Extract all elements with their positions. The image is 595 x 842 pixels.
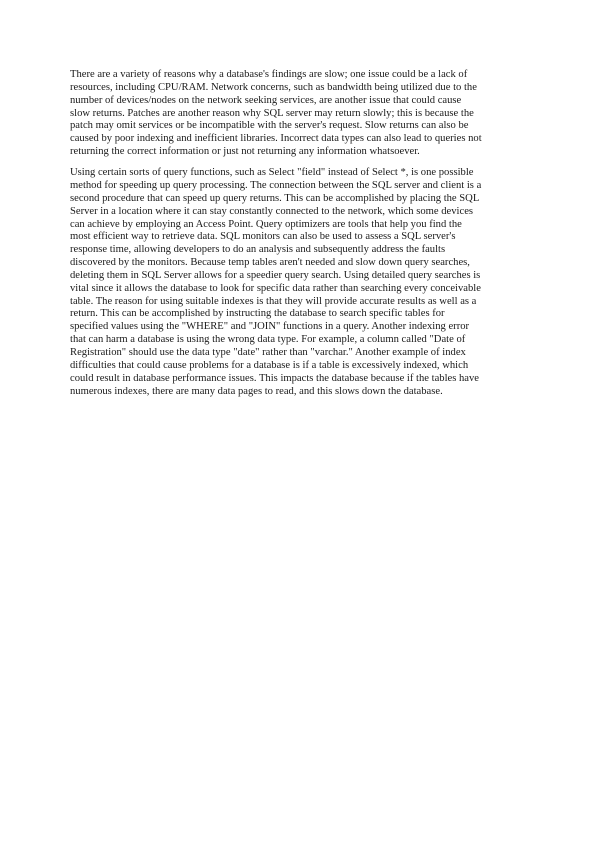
text-line: patch may omit services or be incompatib… xyxy=(70,120,540,133)
text-line: number of devices/nodes on the network s… xyxy=(70,95,540,108)
text-line: resources, including CPU/RAM. Network co… xyxy=(70,82,540,95)
text-line: that can harm a database is using the wr… xyxy=(70,334,540,347)
text-line: difficulties that could cause problems f… xyxy=(70,360,540,373)
text-line: discovered by the monitors. Because temp… xyxy=(70,257,540,270)
text-line: could result in database performance iss… xyxy=(70,373,540,386)
text-line: response time, allowing developers to do… xyxy=(70,244,540,257)
text-line: Registration" should use the data type "… xyxy=(70,347,540,360)
paragraph-speedup-methods: Using certain sorts of query functions, … xyxy=(70,167,540,398)
text-line: numerous indexes, there are many data pa… xyxy=(70,386,540,399)
text-line: slow returns. Patches are another reason… xyxy=(70,108,540,121)
text-line: Using certain sorts of query functions, … xyxy=(70,167,540,180)
paragraph-causes-of-slowness: There are a variety of reasons why a dat… xyxy=(70,69,540,159)
text-line: There are a variety of reasons why a dat… xyxy=(70,69,540,82)
text-line: method for speeding up query processing.… xyxy=(70,180,540,193)
text-line: caused by poor indexing and inefficient … xyxy=(70,133,540,146)
text-line: table. The reason for using suitable ind… xyxy=(70,296,540,309)
text-line: return. This can be accomplished by inst… xyxy=(70,308,540,321)
text-line: second procedure that can speed up query… xyxy=(70,193,540,206)
text-line: can achieve by employing an Access Point… xyxy=(70,219,540,232)
document-body: There are a variety of reasons why a dat… xyxy=(70,69,540,407)
text-line: vital since it allows the database to lo… xyxy=(70,283,540,296)
text-line: Server in a location where it can stay c… xyxy=(70,206,540,219)
document-page: There are a variety of reasons why a dat… xyxy=(0,0,595,842)
text-line: most efficient way to retrieve data. SQL… xyxy=(70,231,540,244)
text-line: returning the correct information or jus… xyxy=(70,146,540,159)
text-line: deleting them in SQL Server allows for a… xyxy=(70,270,540,283)
text-line: specified values using the "WHERE" and "… xyxy=(70,321,540,334)
